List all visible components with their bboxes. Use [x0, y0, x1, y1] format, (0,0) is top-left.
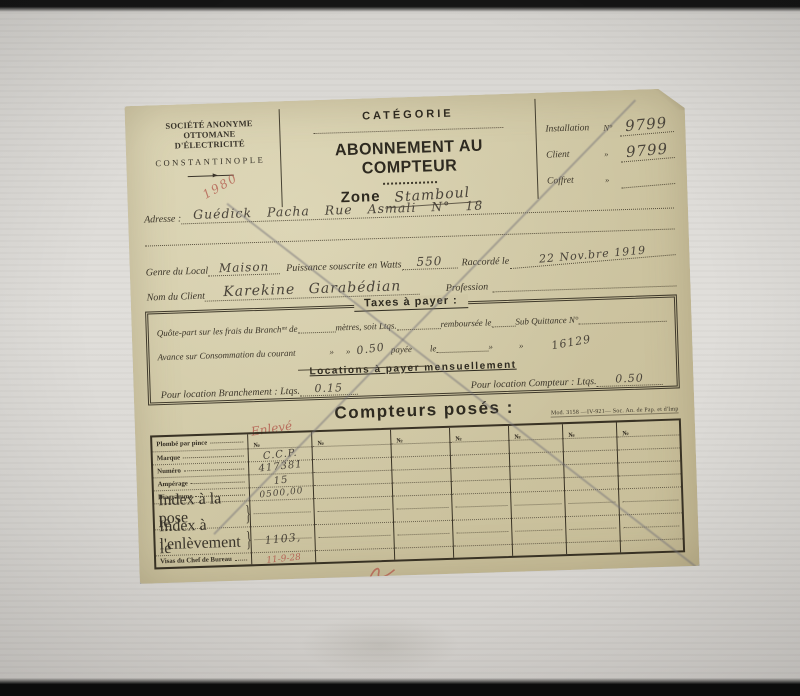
spacer	[493, 351, 519, 352]
cell-midline	[318, 509, 390, 512]
reference-block: Installation N° 9799 Client » 9799 Coffr…	[545, 104, 675, 186]
cell-midline	[622, 499, 678, 502]
spacer	[412, 353, 430, 354]
row-label-plombe: Plombé par pince	[156, 439, 207, 448]
avance-label: Avance sur Consommation du courant	[157, 348, 295, 362]
ditto-mark-2: »	[346, 346, 351, 356]
cell-midline	[515, 529, 562, 532]
leader-dots	[235, 556, 247, 560]
profession-blank	[492, 282, 676, 292]
metres-label: mètres, soit Ltqs.	[335, 320, 396, 332]
table-meter-column-3: №	[390, 428, 453, 560]
ref-row-coffret: Coffret »	[546, 156, 675, 186]
squiggle-rule	[383, 181, 437, 185]
blank-paid-date	[436, 348, 488, 354]
installation-no-mark: N°	[603, 122, 619, 133]
blank-quittance-no	[579, 318, 667, 325]
leader-dots	[183, 452, 244, 458]
raccorde-label: Raccordé le	[461, 256, 509, 269]
printer-fine-print: Mod. 3158 —IV-921— Soc. An. de Pap. et d…	[551, 406, 679, 417]
coffret-label: Coffret	[547, 175, 605, 187]
dotted-rule	[313, 127, 503, 134]
ditto-mark-3: »	[488, 341, 493, 351]
photo-top-shadow	[0, 0, 800, 12]
payee-label: payée	[391, 344, 412, 355]
genre-value-handwriting: Maison	[208, 259, 280, 276]
avance-amount-handwriting: 0.50	[356, 340, 386, 357]
watts-label: Puissance souscrite en Watts	[286, 259, 402, 274]
cell-midline	[569, 528, 616, 531]
table-meter-column-6: №	[562, 422, 620, 554]
cell-midline	[568, 502, 615, 505]
cell-midline	[456, 531, 508, 534]
header-center: CATÉGORIE ABONNEMENT AU COMPTEUR Zone St…	[285, 105, 534, 210]
company-block: SOCIÉTÉ ANONYME OTTOMANE D'ÉLECTRICITÉ C…	[139, 117, 281, 178]
cell-midline	[254, 511, 311, 514]
meters-table: Plombé par pince Marque Numéro Ampérage …	[150, 418, 685, 569]
row-label-visas: Visas du Chef de Bureau	[160, 556, 232, 565]
coffret-value	[621, 183, 675, 189]
blank-dotted-line	[145, 228, 675, 246]
table-meter-column-5: №	[508, 424, 566, 556]
photo-background: SOCIÉTÉ ANONYME OTTOMANE D'ÉLECTRICITÉ C…	[0, 0, 800, 696]
row-label-index-enlevement: Index à l'enlèvement le }	[155, 527, 251, 556]
document-title: ABONNEMENT AU COMPTEUR	[289, 135, 529, 181]
profession-label: Profession	[446, 282, 489, 294]
meters-heading: Compteurs posés :	[334, 398, 514, 424]
spacer	[296, 357, 330, 358]
visa-date-handwriting: 11-9-28	[252, 551, 316, 567]
raccorde-value-handwriting: 22 Nov.bre 1919	[509, 241, 676, 269]
cell-midline	[397, 533, 449, 536]
table-meter-column-4: №	[449, 426, 512, 558]
leader-dots	[210, 439, 243, 444]
ditto-mark-4: »	[519, 340, 524, 350]
cell-midline	[456, 505, 508, 508]
branch-location-value: 0.15	[300, 381, 358, 397]
watts-value-handwriting: 550	[401, 253, 457, 270]
leader-dots	[191, 478, 245, 484]
document-card: SOCIÉTÉ ANONYME OTTOMANE D'ÉLECTRICITÉ C…	[124, 88, 699, 584]
ref-row-client: Client » 9799	[546, 130, 675, 160]
address-label: Adresse :	[144, 213, 181, 225]
red-paraph-signature	[364, 564, 399, 584]
quote-part-label: Quôte-part sur les frais du Branchᵐᵗ de	[157, 324, 298, 339]
company-city: CONSTANTINOPLE	[140, 154, 280, 169]
index-enl-value-handwriting: 1103,	[251, 529, 315, 548]
meter-location-label: Pour location Compteur : Ltqs.	[471, 376, 597, 391]
table-label-column: Plombé par pince Marque Numéro Ampérage …	[152, 434, 251, 567]
header-divider-left	[279, 109, 283, 207]
meter-location-value: 0.50	[596, 371, 662, 387]
client-name-label: Nom du Client	[146, 291, 205, 304]
table-meter-column-1: № C.C.P. 417381 15 0500,00 1103, 11-9-28	[247, 432, 315, 564]
remboursee-label: remboursée le	[440, 317, 491, 329]
blank-ltqs	[397, 325, 441, 330]
genre-label: Genre du Local	[146, 266, 209, 279]
client-ditto-mark: »	[604, 148, 620, 159]
cell-midline	[515, 503, 562, 506]
cell-midline	[318, 535, 390, 538]
taxes-box: Taxes à payer : Quôte-part sur les frais…	[145, 294, 680, 405]
ditto-mark-1: »	[329, 347, 334, 357]
blank-date	[491, 323, 515, 328]
table-meter-column-7: №	[616, 420, 683, 552]
category-label: CATÉGORIE	[285, 105, 531, 125]
sub-quittance-label: Sub Quittance N°	[515, 315, 578, 327]
row-label-amperage: Ampérage	[158, 480, 188, 488]
row-label-numero: Numéro	[157, 467, 181, 475]
coffret-ditto-mark: »	[605, 174, 621, 185]
table-meter-column-2: №	[311, 430, 394, 562]
installation-label: Installation	[545, 123, 603, 135]
ref-row-installation: Installation N° 9799	[545, 104, 674, 134]
client-ref-label: Client	[546, 149, 604, 161]
surface-smudge	[300, 615, 460, 675]
header-divider-right	[534, 99, 538, 199]
taxes-heading: Taxes à payer :	[354, 294, 468, 312]
branch-location-label: Pour location Branchement : Ltqs.	[161, 386, 300, 401]
leader-dots	[184, 465, 244, 471]
cell-midline	[623, 525, 679, 528]
photo-bottom-shadow	[0, 678, 800, 696]
cell-midline	[397, 507, 449, 510]
row-label-marque: Marque	[157, 454, 181, 462]
receipt-number-handwriting: 16129	[550, 333, 592, 353]
blank-metres	[298, 328, 336, 333]
